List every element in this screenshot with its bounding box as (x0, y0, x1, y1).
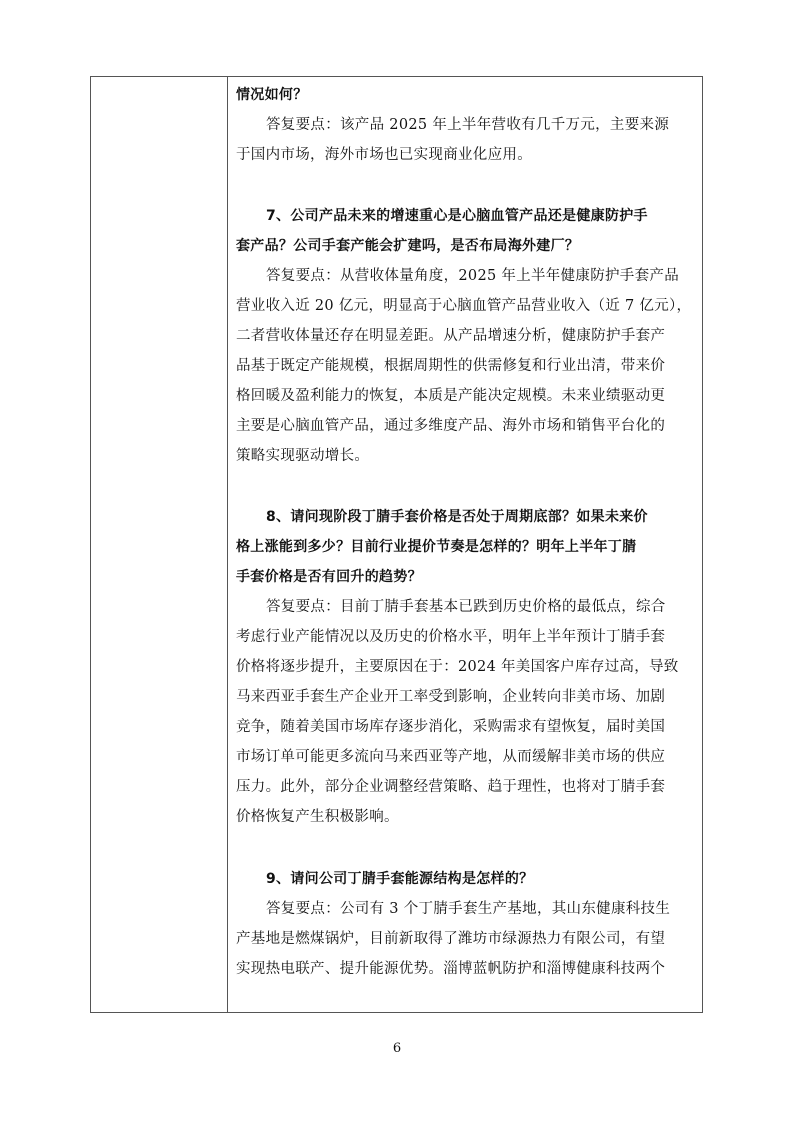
question-text-line: 情况如何？ (236, 85, 694, 105)
page-number: 6 (0, 1041, 794, 1056)
table-right-column: 情况如何？答复要点：该产品 2025 年上半年营收有几千万元，主要来源于国内市场… (228, 77, 702, 1012)
answer-text-line: 答复要点：该产品 2025 年上半年营收有几千万元，主要来源 (266, 115, 694, 135)
answer-text-line: 马来西亚手套生产企业开工率受到影响，企业转向非美市场、加剧 (236, 687, 694, 707)
answer-text-line: 价格将逐步提升，主要原因在于：2024 年美国客户库存过高，导致 (236, 657, 694, 677)
answer-text-line: 主要是心脑血管产品，通过多维度产品、海外市场和销售平台化的 (236, 416, 694, 436)
answer-text-line: 价格恢复产生积极影响。 (236, 807, 694, 827)
answer-text-line: 营业收入近 20 亿元，明显高于心脑血管产品营业收入（近 7 亿元）， (236, 296, 694, 316)
answer-text-line: 格回暖及盈利能力的恢复，本质是产能决定规模。未来业绩驱动更 (236, 386, 694, 406)
table-left-column (91, 77, 228, 1012)
question-text-line: 8、请问现阶段丁腈手套价格是否处于周期底部？如果未来价 (266, 507, 694, 527)
answer-text-line: 产基地是燃煤锅炉，目前新取得了潍坊市绿源热力有限公司，有望 (236, 929, 694, 949)
answer-text-line: 竞争，随着美国市场库存逐步消化，采购需求有望恢复，届时美国 (236, 717, 694, 737)
answer-text-line: 答复要点：公司有 3 个丁腈手套生产基地，其山东健康科技生 (266, 899, 694, 919)
question-text-line: 格上涨能到多少？目前行业提价节奏是怎样的？明年上半年丁腈 (236, 537, 694, 557)
answer-text-line: 压力。此外，部分企业调整经营策略、趋于理性，也将对丁腈手套 (236, 777, 694, 797)
answer-text-line: 市场订单可能更多流向马来西亚等产地，从而缓解非美市场的供应 (236, 747, 694, 767)
question-text-line: 手套价格是否有回升的趋势？ (236, 567, 694, 587)
answer-text-line: 于国内市场，海外市场也已实现商业化应用。 (236, 145, 694, 165)
qa-table: 情况如何？答复要点：该产品 2025 年上半年营收有几千万元，主要来源于国内市场… (90, 76, 703, 1013)
question-text-line: 7、公司产品未来的增速重心是心脑血管产品还是健康防护手 (266, 206, 694, 226)
answer-text-line: 实现热电联产、提升能源优势。淄博蓝帆防护和淄博健康科技两个 (236, 959, 694, 979)
answer-text-line: 二者营收体量还存在明显差距。从产品增速分析，健康防护手套产 (236, 326, 694, 346)
question-text-line: 套产品？公司手套产能会扩建吗，是否布局海外建厂？ (236, 236, 694, 256)
answer-text-line: 答复要点：从营收体量角度，2025 年上半年健康防护手套产品 (266, 266, 694, 286)
answer-text-line: 策略实现驱动增长。 (236, 446, 694, 466)
answer-text-line: 考虑行业产能情况以及历史的价格水平，明年上半年预计丁腈手套 (236, 627, 694, 647)
answer-text-line: 答复要点：目前丁腈手套基本已跌到历史价格的最低点，综合 (266, 597, 694, 617)
answer-text-line: 品基于既定产能规模，根据周期性的供需修复和行业出清，带来价 (236, 356, 694, 376)
question-text-line: 9、请问公司丁腈手套能源结构是怎样的？ (266, 869, 694, 889)
